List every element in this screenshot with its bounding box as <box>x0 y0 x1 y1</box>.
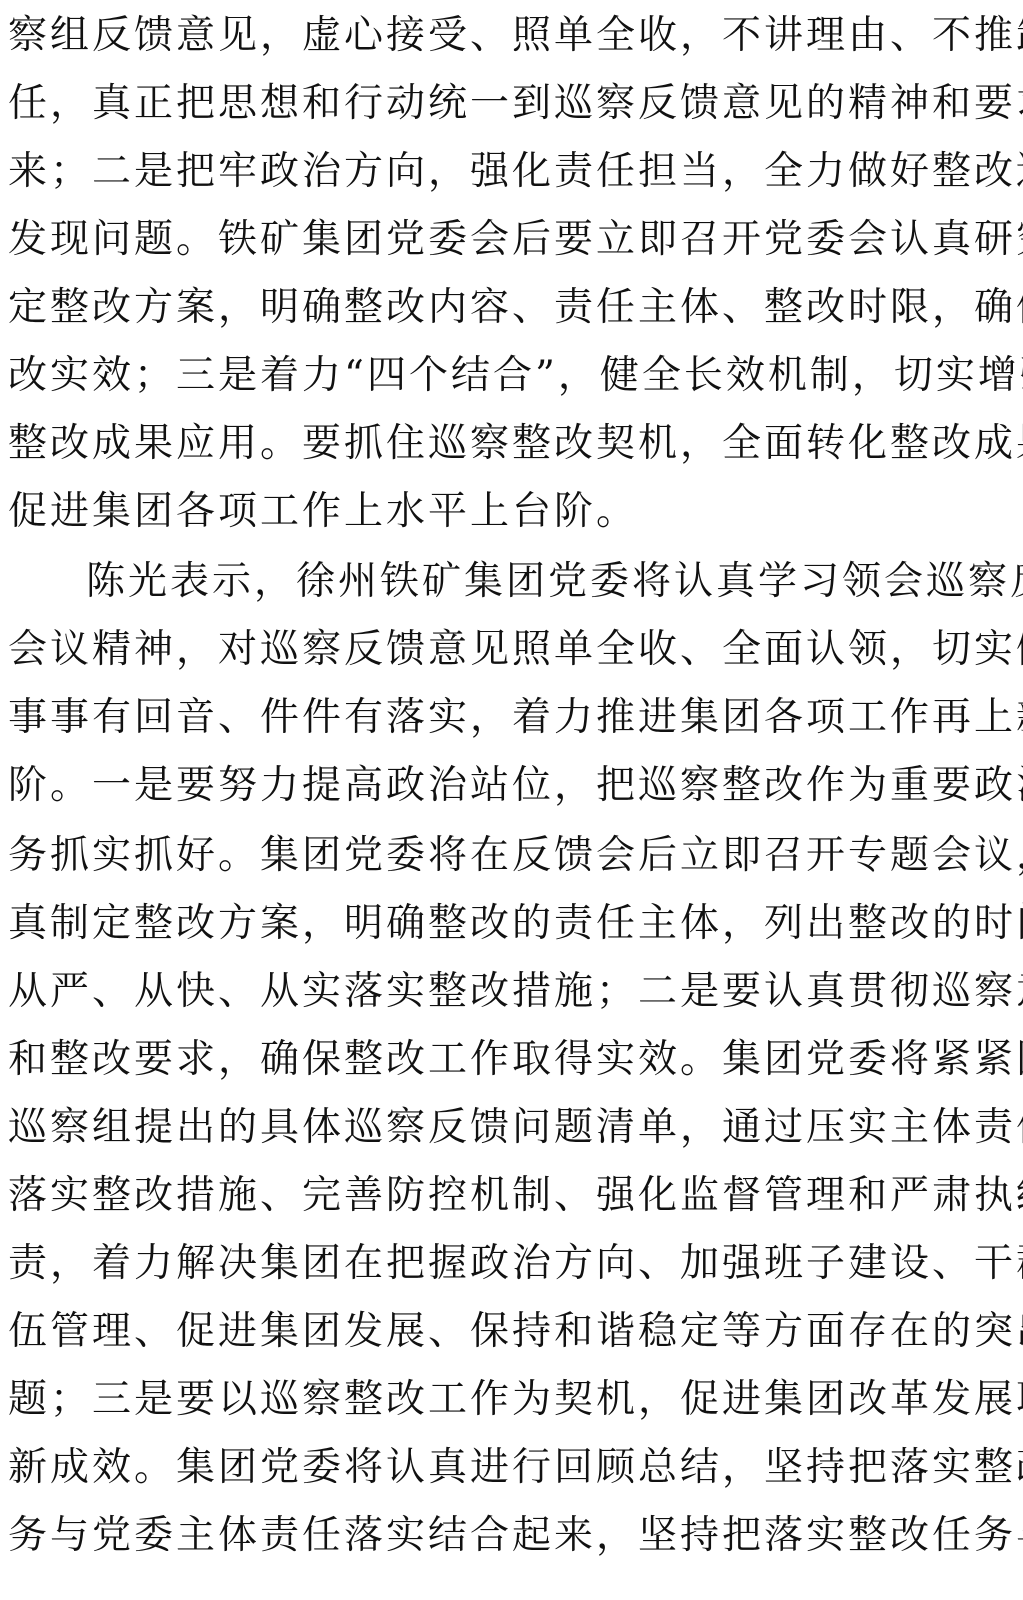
paragraph-first-line: 陈光表示，徐州铁矿集团党委将认真学习领会巡察反馈 <box>86 552 1023 612</box>
text-line: 务与党委主体责任落实结合起来，坚持把落实整改任务与加 <box>8 1506 1018 1566</box>
text-line: 察组反馈意见，虚心接受、照单全收，不讲理由、不推卸责 <box>8 6 1018 66</box>
text-line: 阶。一是要努力提高政治站位，把巡察整改作为重要政治任 <box>8 756 1018 816</box>
text-line: 巡察组提出的具体巡察反馈问题清单，通过压实主体责任、 <box>8 1098 1018 1158</box>
text-line: 题；三是要以巡察整改工作为契机，促进集团改革发展取得 <box>8 1370 1018 1430</box>
text-line: 促进集团各项工作上水平上台阶。 <box>8 482 1018 542</box>
text-line: 落实整改措施、完善防控机制、强化监督管理和严肃执纪追 <box>8 1166 1018 1226</box>
document-page: 察组反馈意见，虚心接受、照单全收，不讲理由、不推卸责 任，真正把思想和行动统一到… <box>0 0 1023 1600</box>
text-line: 发现问题。铁矿集团党委会后要立即召开党委会认真研究制 <box>8 210 1018 270</box>
text-line: 责，着力解决集团在把握政治方向、加强班子建设、干群队 <box>8 1234 1018 1294</box>
text-line: 整改成果应用。要抓住巡察整改契机，全面转化整改成果， <box>8 414 1018 474</box>
text-line: 定整改方案，明确整改内容、责任主体、整改时限，确保整 <box>8 278 1018 338</box>
text-line: 真制定整改方案，明确整改的责任主体，列出整改的时间表， <box>8 894 1018 954</box>
text-line: 从严、从快、从实落实整改措施；二是要认真贯彻巡察意见 <box>8 962 1018 1022</box>
text-line: 新成效。集团党委将认真进行回顾总结，坚持把落实整改任 <box>8 1438 1018 1498</box>
text-line: 务抓实抓好。集团党委将在反馈会后立即召开专题会议，认 <box>8 826 1018 886</box>
text-line: 会议精神，对巡察反馈意见照单全收、全面认领，切实做到 <box>8 620 1018 680</box>
text-line: 事事有回音、件件有落实，着力推进集团各项工作再上新台 <box>8 688 1018 748</box>
text-line: 和整改要求，确保整改工作取得实效。集团党委将紧紧围绕 <box>8 1030 1018 1090</box>
text-line: 任，真正把思想和行动统一到巡察反馈意见的精神和要求上 <box>8 74 1018 134</box>
text-line: 伍管理、促进集团发展、保持和谐稳定等方面存在的突出问 <box>8 1302 1018 1362</box>
text-line: 改实效；三是着力“四个结合”，健全长效机制，切实增强 <box>8 346 1018 406</box>
text-line: 来；二是把牢政治方向，强化责任担当，全力做好整改巡察 <box>8 142 1018 202</box>
